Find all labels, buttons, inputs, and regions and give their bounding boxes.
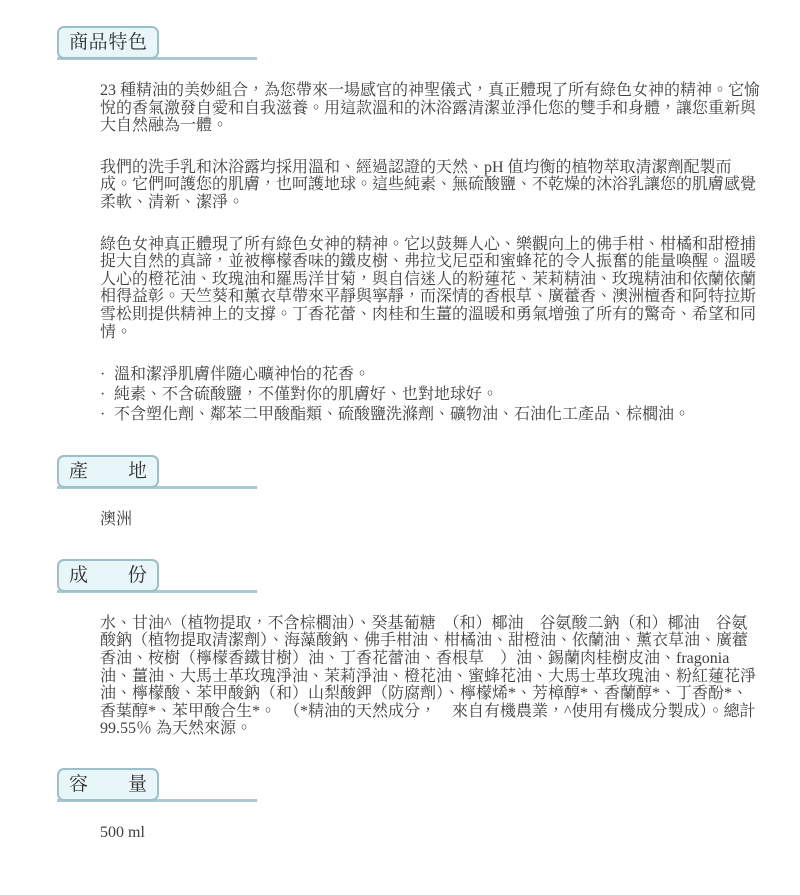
bullet-dot-icon: · <box>100 385 114 405</box>
feature-paragraph-1: 23 種精油的美妙組合，為您帶來一場感官的神聖儀式，真正體現了所有綠色女神的精神… <box>100 82 760 135</box>
bullet-dot-icon: · <box>100 405 114 425</box>
section-tab-ingredients: 成份 <box>57 559 159 592</box>
section-ingredients: 成份 水、甘油^（植物提取，不含棕櫚油）、癸基葡糖 （和）椰油 谷氨酸二鈉（和）… <box>57 559 760 738</box>
section-header-rule: 產地 <box>57 455 257 489</box>
feature-paragraph-2: 我們的洗手乳和沐浴露均採用溫和、經過認證的天然、pH 值均衡的植物萃取清潔劑配製… <box>100 159 760 212</box>
section-features: 商品特色 23 種精油的美妙組合，為您帶來一場感官的神聖儀式，真正體現了所有綠色… <box>57 26 760 425</box>
product-detail-page: 商品特色 23 種精油的美妙組合，為您帶來一場感官的神聖儀式，真正體現了所有綠色… <box>0 0 800 861</box>
feature-bullet-text: 溫和潔淨肌膚伴隨心曠神怡的花香。 <box>114 365 370 385</box>
volume-value: 500 ml <box>100 824 760 842</box>
feature-paragraph-3: 綠色女神真正體現了所有綠色女神的精神。它以鼓舞人心、樂觀向上的佛手柑、柑橘和甜橙… <box>100 236 760 342</box>
ingredients-text: 水、甘油^（植物提取，不含棕櫚油）、癸基葡糖 （和）椰油 谷氨酸二鈉（和）椰油 … <box>100 615 760 738</box>
feature-bullet-text: 不含塑化劑、鄰苯二甲酸酯類、硫酸鹽洗滌劑、礦物油、石油化工產品、棕櫚油。 <box>114 405 690 425</box>
section-tab-volume: 容量 <box>57 768 159 801</box>
feature-bullet-list: · 溫和潔淨肌膚伴隨心曠神怡的花香。 · 純素、不含硫酸鹽，不僅對你的肌膚好、也… <box>100 365 760 425</box>
feature-bullet-item: · 溫和潔淨肌膚伴隨心曠神怡的花香。 <box>100 365 760 385</box>
feature-bullet-item: · 純素、不含硫酸鹽，不僅對你的肌膚好、也對地球好。 <box>100 385 760 405</box>
feature-bullet-item: · 不含塑化劑、鄰苯二甲酸酯類、硫酸鹽洗滌劑、礦物油、石油化工產品、棕櫚油。 <box>100 405 760 425</box>
section-tab-origin: 產地 <box>57 455 159 488</box>
section-header-rule: 商品特色 <box>57 26 257 60</box>
section-volume: 容量 500 ml <box>57 768 760 842</box>
section-origin: 產地 澳洲 <box>57 455 760 529</box>
section-header-rule: 容量 <box>57 768 257 802</box>
section-header-rule: 成份 <box>57 559 257 593</box>
bullet-dot-icon: · <box>100 365 114 385</box>
origin-value: 澳洲 <box>100 511 760 529</box>
feature-bullet-text: 純素、不含硫酸鹽，不僅對你的肌膚好、也對地球好。 <box>114 385 498 405</box>
features-content: 23 種精油的美妙組合，為您帶來一場感官的神聖儀式，真正體現了所有綠色女神的精神… <box>100 82 760 425</box>
section-tab-features: 商品特色 <box>57 26 159 59</box>
